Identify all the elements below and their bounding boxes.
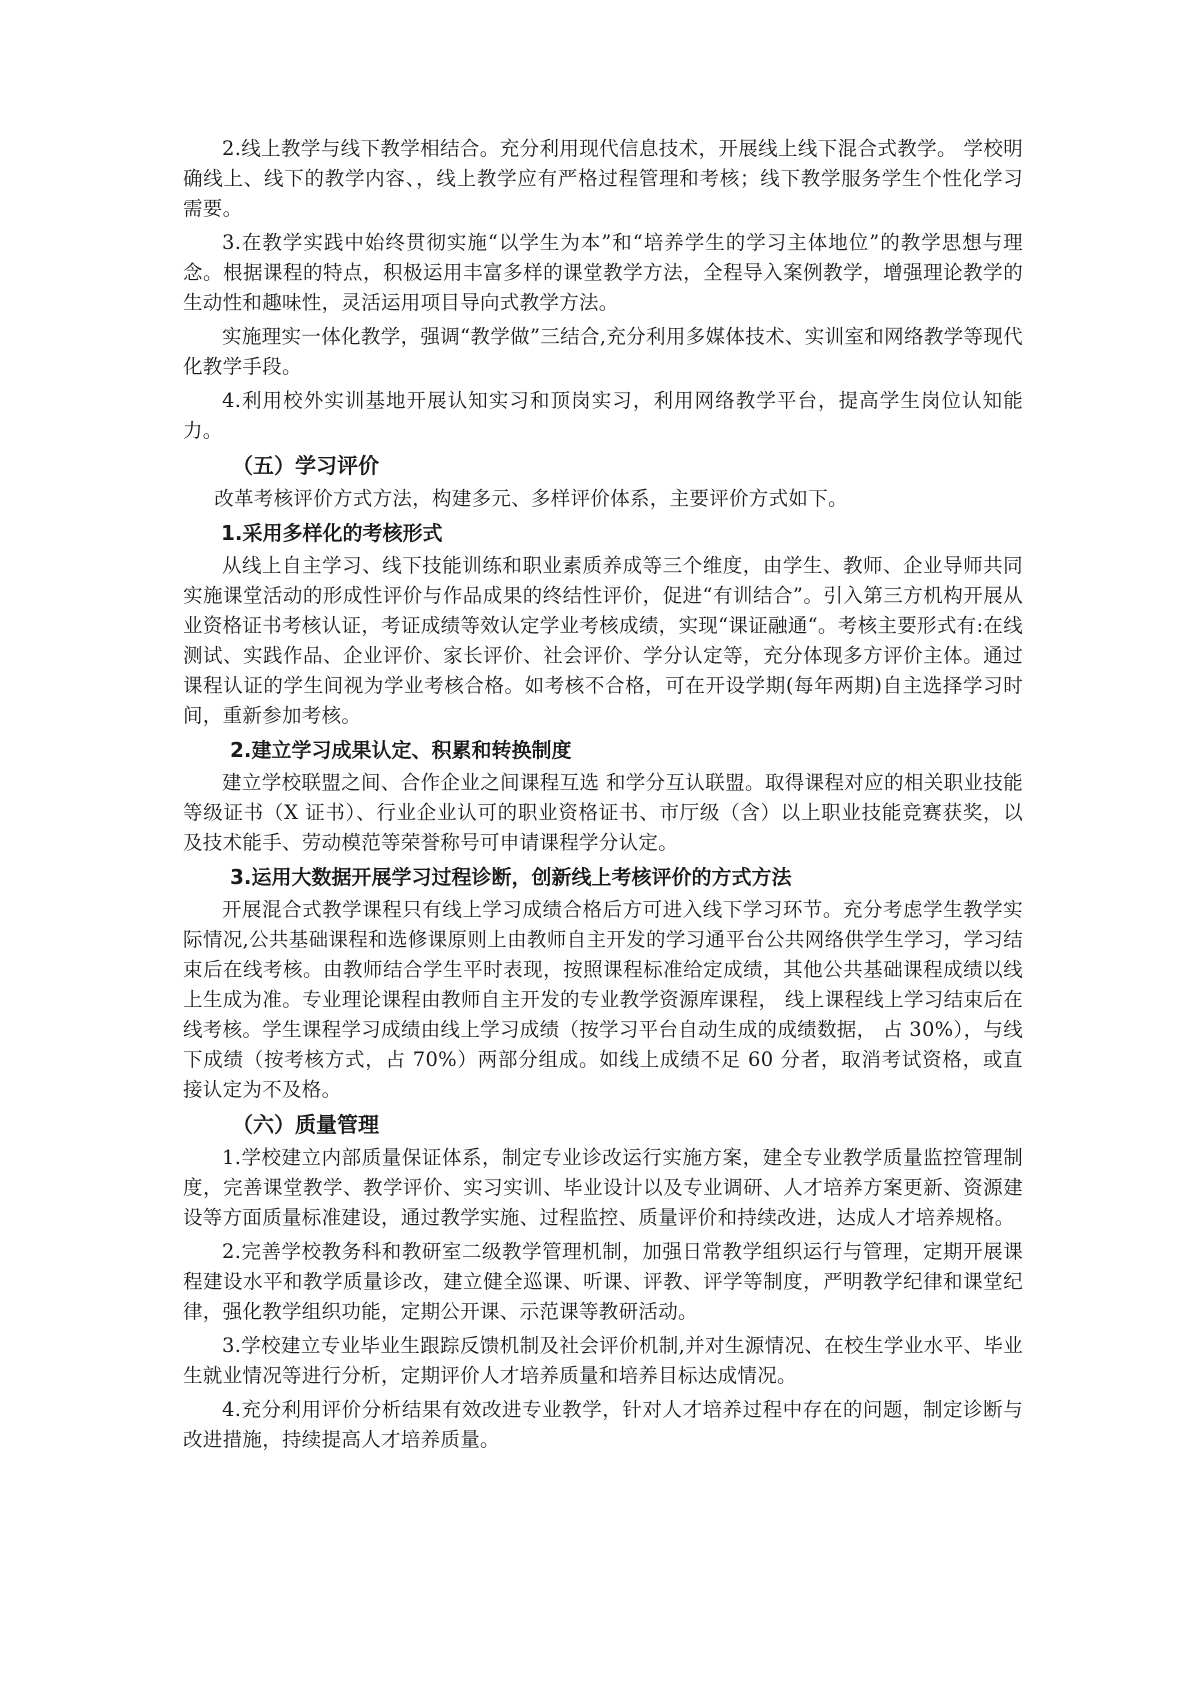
subheading-big-data-diagnosis: 3.运用大数据开展学习过程诊断，创新线上考核评价的方式方法: [183, 862, 1023, 893]
paragraph-online-offline: 2.线上教学与线下教学相结合。充分利用现代信息技术，开展线上线下混合式教学。 学…: [183, 134, 1023, 224]
paragraph-student-centered: 3.在教学实践中始终贯彻实施“以学生为本”和“培养学生的学习主体地位”的教学思想…: [183, 228, 1023, 318]
paragraph-management-mechanism: 2.完善学校教务科和教研室二级教学管理机制，加强日常教学组织运行与管理，定期开展…: [183, 1237, 1023, 1327]
paragraph-quality-system: 1.学校建立内部质量保证体系，制定专业诊改运行实施方案，建全专业教学质量监控管理…: [183, 1143, 1023, 1233]
subheading-credit-recognition: 2.建立学习成果认定、积累和转换制度: [183, 735, 1023, 766]
paragraph-evaluation-intro: 改革考核评价方式方法，构建多元、多样评价体系，主要评价方式如下。: [183, 484, 1023, 514]
paragraph-credit-recognition: 建立学校联盟之间、合作企业之间课程互选 和学分互认联盟。取得课程对应的相关职业技…: [183, 768, 1023, 858]
paragraph-diverse-assessment: 从线上自主学习、线下技能训练和职业素质养成等三个维度，由学生、教师、企业导师共同…: [183, 551, 1023, 731]
section-heading-quality-management: （六）质量管理: [183, 1109, 1023, 1141]
paragraph-continuous-improvement: 4.充分利用评价分析结果有效改进专业教学，针对人才培养过程中存在的问题，制定诊断…: [183, 1395, 1023, 1455]
paragraph-internship: 4.利用校外实训基地开展认知实习和顶岗实习，利用网络教学平台，提高学生岗位认知能…: [183, 386, 1023, 446]
paragraph-graduate-tracking: 3.学校建立专业毕业生跟踪反馈机制及社会评价机制,并对生源情况、在校生学业水平、…: [183, 1331, 1023, 1391]
section-heading-learning-evaluation: （五）学习评价: [183, 450, 1023, 482]
paragraph-big-data-diagnosis: 开展混合式教学课程只有线上学习成绩合格后方可进入线下学习环节。充分考虑学生教学实…: [183, 895, 1023, 1105]
paragraph-integrated-teaching: 实施理实一体化教学，强调“教学做”三结合,充分利用多媒体技术、实训室和网络教学等…: [183, 322, 1023, 382]
document-page: 2.线上教学与线下教学相结合。充分利用现代信息技术，开展线上线下混合式教学。 学…: [183, 134, 1023, 1459]
subheading-diverse-assessment: 1.采用多样化的考核形式: [183, 518, 1023, 549]
